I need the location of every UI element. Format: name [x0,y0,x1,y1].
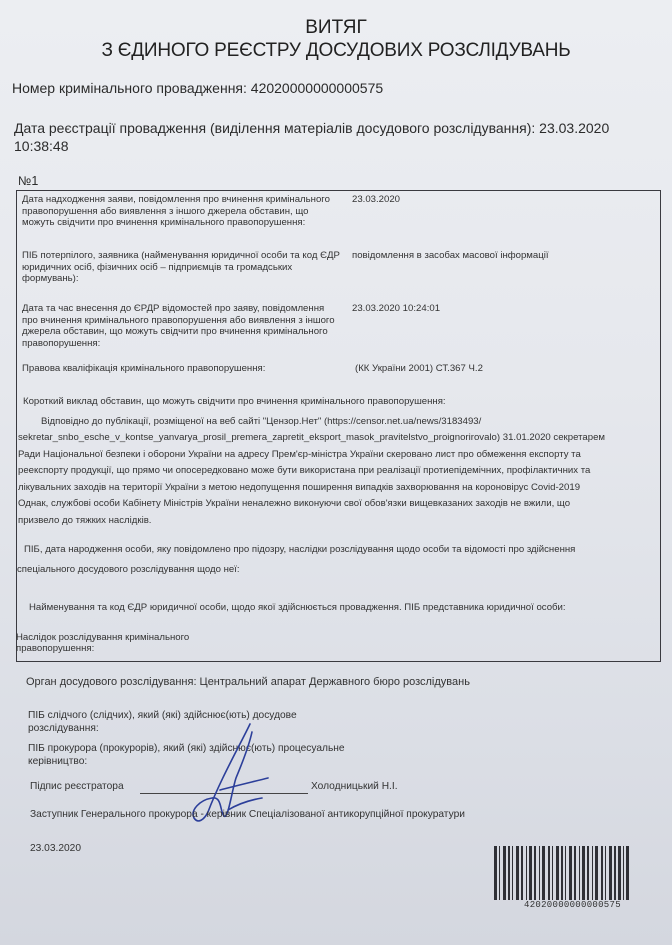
row-label: Дата надходження заяви, повідомлення про… [22,194,340,229]
registrar-name: Холодницький Н.І. [311,781,398,792]
barcode-icon [494,846,658,900]
legal-entity-label: Найменування та код ЄДР юридичної особи,… [29,600,672,617]
row-value: 23.03.2020 10:24:01 [352,303,440,315]
row-value: повідомлення в засобах масової інформаці… [352,250,549,262]
summary-line: Однак, службові особи Кабінету Міністрів… [18,496,666,513]
entry-number: №1 [18,174,38,188]
document-title: ВИТЯГ [0,17,672,39]
document-date: 23.03.2020 [30,843,81,854]
summary-line: sekretar_snbo_esche_v_kontse_yanvarya_pr… [18,430,666,447]
registration-date: Дата реєстрації провадження (виділення м… [14,119,644,155]
row-value: 23.03.2020 [352,194,400,206]
suspect-label: ПІБ, дата народження особи, яку повідомл… [21,540,664,560]
barcode-number: 42020000000000575 [524,900,621,910]
summary-line: реекспорту продукції, що прямо чи опосер… [18,463,666,480]
summary-label: Короткий виклад обставин, що можуть свід… [23,394,666,411]
result-label: правопорушення: [16,643,659,654]
result-section: Наслідок розслідування кримінального пра… [16,632,659,654]
row-label: Дата та час внесення до ЄРДР відомостей … [22,303,340,349]
document-page: ВИТЯГ З ЄДИНОГО РЕЄСТРУ ДОСУДОВИХ РОЗСЛІ… [0,0,672,945]
summary-section: Короткий виклад обставин, що можуть свід… [23,394,666,529]
registrar-position: Заступник Генерального прокурора - керів… [30,809,465,820]
details-table: Дата надходження заяви, повідомлення про… [16,190,661,662]
document-subtitle: З ЄДИНОГО РЕЄСТРУ ДОСУДОВИХ РОЗСЛІДУВАНЬ [0,40,672,62]
row-label: ПІБ потерпілого, заявника (найменування … [22,250,340,285]
suspect-label: спеціального досудового розслідування що… [17,560,664,580]
row-value: (КК України 2001) СТ.367 Ч.2 [355,363,483,375]
summary-line: Відповідно до публікації, розміщеної на … [23,414,666,431]
summary-line: Ради Національної безпеки і оборони Укра… [18,447,666,464]
row-label: Правова кваліфікація кримінального право… [22,363,340,375]
summary-line: призвело до тяжких наслідків. [18,513,666,530]
suspect-section: ПІБ, дата народження особи, яку повідомл… [21,540,664,580]
registrar-signature-label: Підпис реєстратора [30,781,124,792]
case-number: Номер кримінального провадження: 4202000… [12,80,383,96]
result-label: Наслідок розслідування кримінального [16,632,659,643]
investigation-body: Орган досудового розслідування: Централь… [26,676,470,688]
summary-line: лікувальних заходів на території України… [18,480,666,497]
